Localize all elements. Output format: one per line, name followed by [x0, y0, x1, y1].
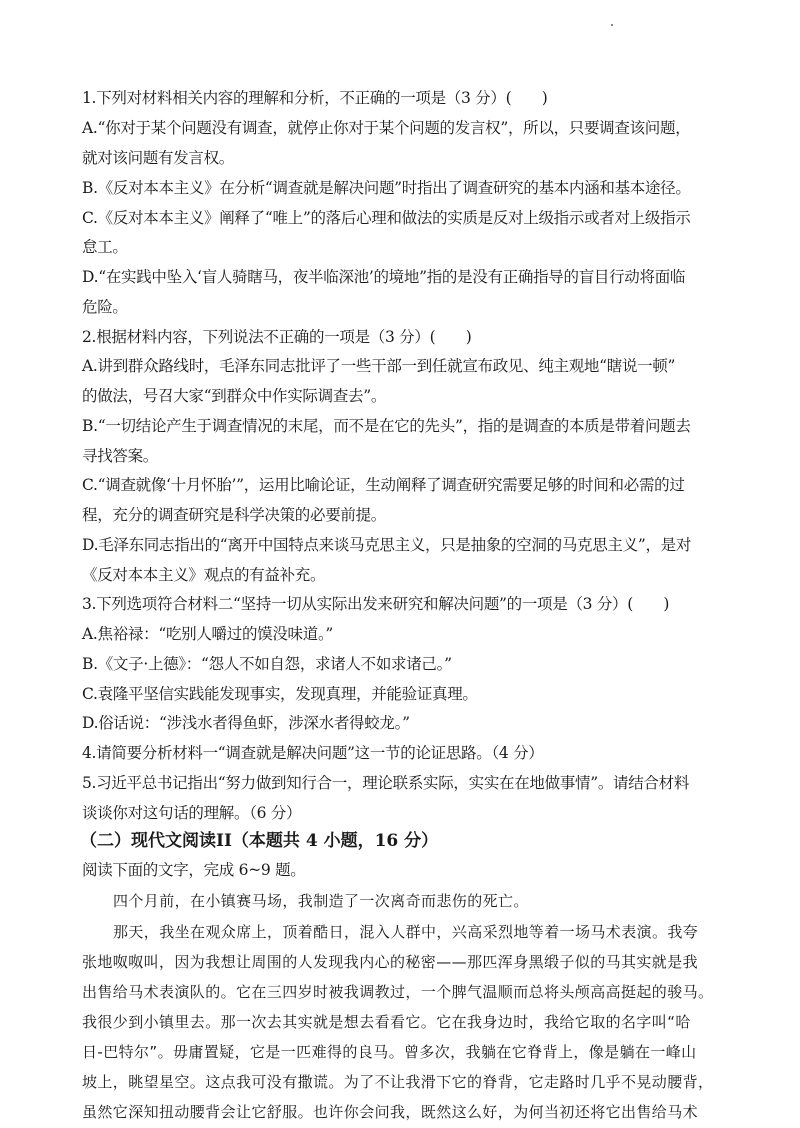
scan-speck: [611, 24, 613, 26]
question-2-option-b: B.“一切结论产生于调查情况的末尾，而不是在它的先头”，指的是调查的本质是带着问…: [82, 416, 691, 436]
question-1-option-d: D.“在实践中坠入‘盲人骑瞎马，夜半临深池’的境地”指的是没有正确指导的盲目行动…: [82, 267, 685, 287]
story-paragraph-2-line: 日-巴特尔”。毋庸置疑，它是一匹难得的良马。曾多次，我躺在它脊背上，像是躺在一峰…: [82, 1042, 697, 1062]
story-paragraph-2-line: 张地呶呶叫，因为我想让周围的人发现我内心的秘密——那匹浑身黑缎子似的马其实就是我: [82, 952, 698, 972]
question-2-option-a: A.讲到群众路线时，毛泽东同志批评了一些干部一到任就宣布政见、纯主观地“瞎说一顿…: [82, 356, 675, 376]
reading-instruction: 阅读下面的文字，完成 6~9 题。: [82, 860, 305, 880]
question-3-option-a: A.焦裕禄：“吃别人嚼过的馍没味道。”: [82, 624, 333, 644]
story-paragraph-2-line: 虽然它深知扭动腰背会让它舒服。也许你会问我，既然这么好，为何当初还将它出售给马术: [82, 1102, 698, 1122]
question-1-option-c: C.《反对本本主义》阐释了“唯上”的落后心理和做法的实质是反对上级指示或者对上级…: [82, 208, 691, 228]
question-5-stem: 5.习近平总书记指出“努力做到知行合一，理论联系实际，实实在在地做事情”。请结合…: [82, 773, 689, 793]
question-2-option-d-cont: 《反对本本主义》观点的有益补充。: [82, 565, 325, 585]
question-4-stem: 4.请简要分析材料一“调查就是解决问题”这一节的论证思路。（4 分）: [82, 743, 543, 763]
story-paragraph-2-line: 那天，我坐在观众席上，顶着酷日，混入人群中，兴高采烈地等着一场马术表演。我夸: [113, 922, 698, 942]
story-paragraph-1: 四个月前，在小镇赛马场，我制造了一次离奇而悲伤的死亡。: [113, 891, 529, 911]
question-3-option-b: B.《文子·上德》：“怨人不如自怨，求诸人不如求诸己。”: [82, 654, 452, 674]
question-2-option-b-cont: 寻找答案。: [82, 446, 158, 466]
question-2-option-a-cont: 的做法，号召大家“到群众中作实际调查去”。: [82, 386, 386, 406]
question-2-stem: 2.根据材料内容，下列说法不正确的一项是（3 分）( ): [82, 327, 471, 347]
story-paragraph-2-line: 坡上，眺望星空。这点我可没有撒谎。为了不让我滑下它的脊背，它走路时几乎不晃动腰背…: [82, 1072, 713, 1092]
section-heading: （二）现代文阅读II（本题共 4 小题，16 分）: [80, 831, 438, 851]
question-2-option-d: D.毛泽东同志指出的“离开中国特点来谈马克思主义，只是抽象的空洞的马克思主义”，…: [82, 535, 691, 555]
question-1-option-a: A.“你对于某个问题没有调查，就停止你对于某个问题的发言权”，所以，只要调查该问…: [82, 118, 690, 138]
question-3-stem: 3.下列选项符合材料二“坚持一切从实际出发来研究和解决问题”的一项是（3 分）(…: [82, 594, 669, 614]
question-1-option-c-cont: 怠工。: [82, 237, 128, 257]
question-1-option-b: B.《反对本本主义》在分析“调查就是解决问题”时指出了调查研究的基本内涵和基本途…: [82, 178, 691, 198]
question-3-option-c: C.袁隆平坚信实践能发现事实，发现真理，并能验证真理。: [82, 684, 478, 704]
question-2-option-c: C.“调查就像‘十月怀胎’”，运用比喻论证，生动阐释了调查研究需要足够的时间和必…: [82, 475, 685, 495]
question-1-option-d-cont: 危险。: [82, 297, 128, 317]
question-5-stem-cont: 谈谈你对这句话的理解。（6 分）: [82, 803, 301, 823]
question-1-stem: 1.下列对材料相关内容的理解和分析，不正确的一项是（3 分）( ): [82, 88, 547, 108]
question-1-option-a-cont: 就对该问题有发言权。: [82, 148, 234, 168]
question-2-option-c-cont: 程，充分的调查研究是科学决策的必要前提。: [82, 505, 386, 525]
question-3-option-d: D.俗话说：“涉浅水者得鱼虾，涉深水者得蛟龙。”: [82, 713, 410, 733]
story-paragraph-2-line: 出售给马术表演队的。它在三四岁时被我调教过，一个脾气温顺而总将头颅高高挺起的骏马…: [82, 982, 713, 1002]
story-paragraph-2-line: 我很少到小镇里去。那一次去其实就是想去看看它。它在我身边时，我给它取的名字叫“哈: [82, 1012, 691, 1032]
